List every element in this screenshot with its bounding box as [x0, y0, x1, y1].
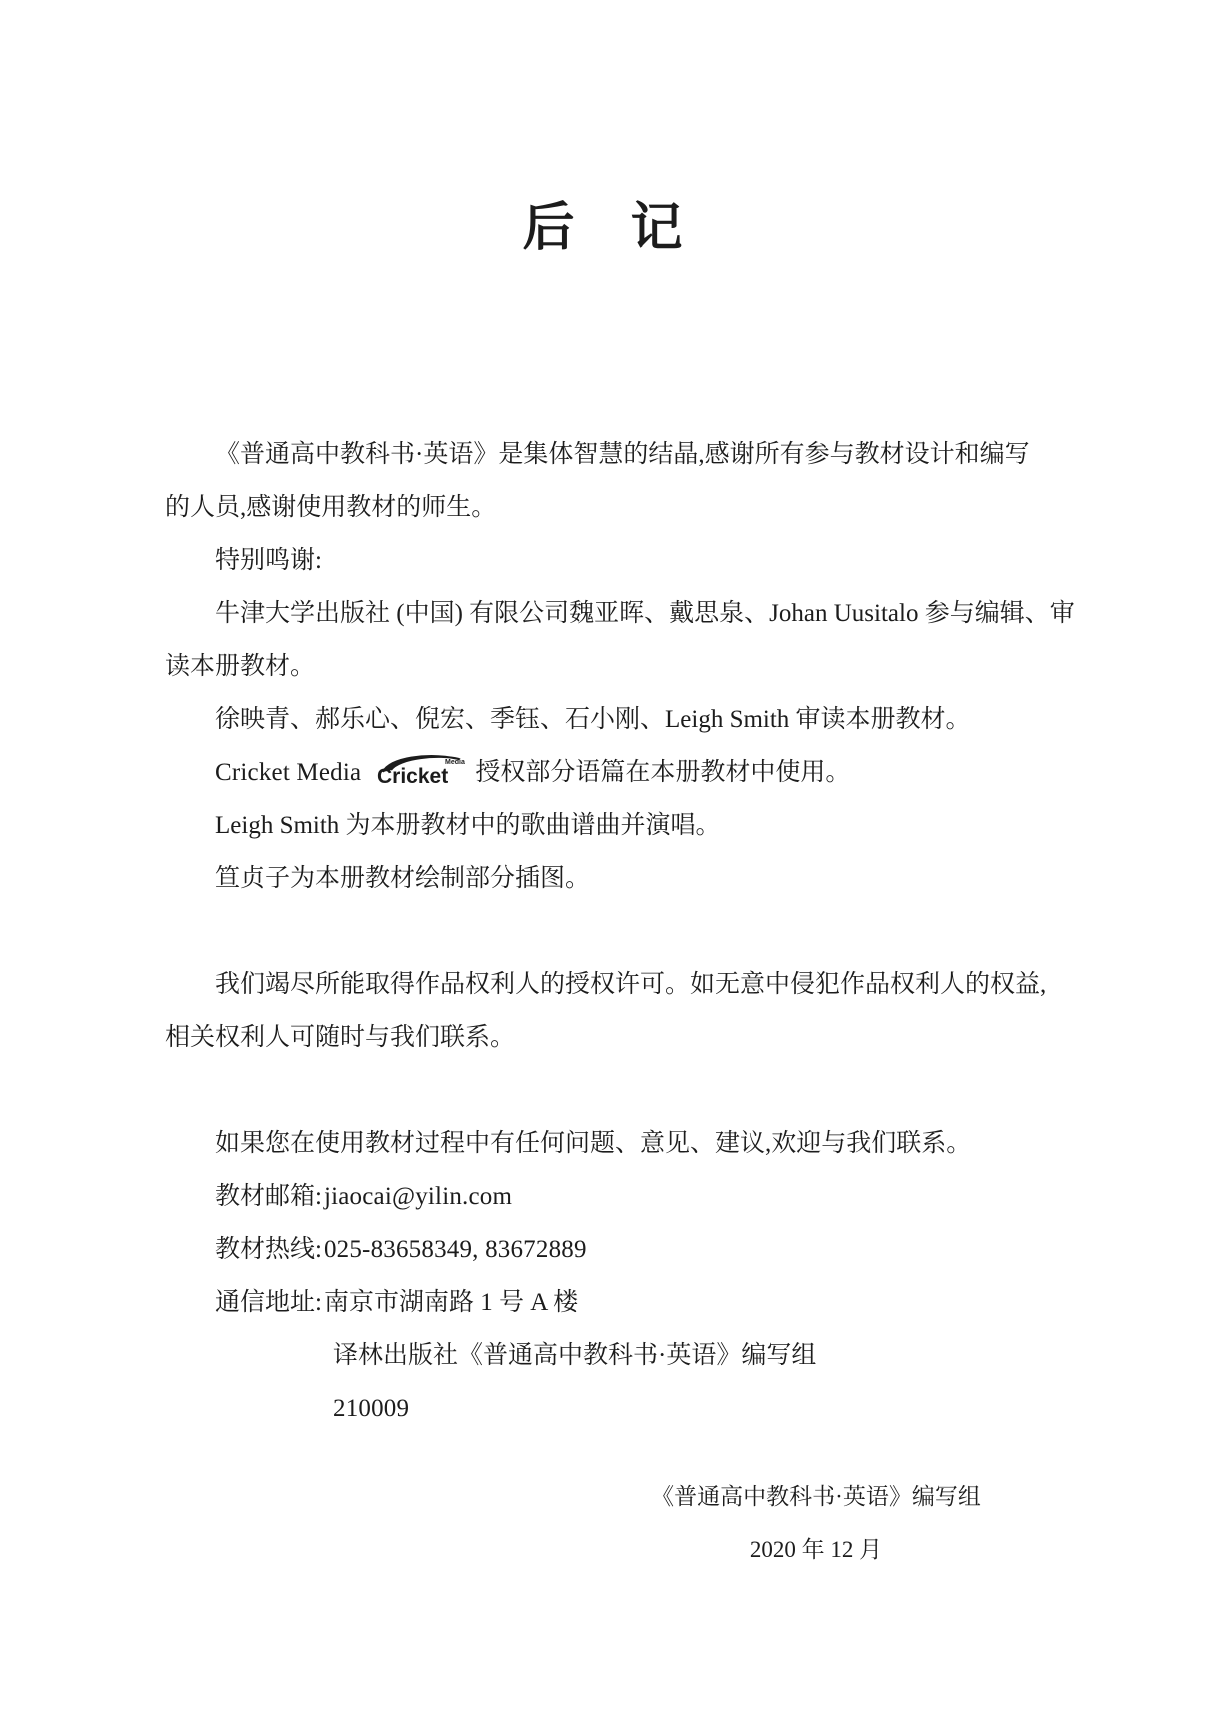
spacer	[165, 905, 1060, 958]
composer-credit-line: Leigh Smith 为本册教材中的歌曲谱曲并演唱。	[165, 799, 1060, 852]
page-title: 后 记	[0, 185, 1207, 260]
contact-intro-line: 如果您在使用教材过程中有任何问题、意见、建议,欢迎与我们联系。	[165, 1117, 1060, 1170]
email-label: 教材邮箱:	[215, 1183, 322, 1210]
contact-postcode-line: 210009	[165, 1382, 1060, 1435]
spacer	[165, 1064, 1060, 1117]
oxford-credit-line-2: 读本册教材。	[165, 640, 1060, 693]
address-label: 通信地址:	[215, 1289, 322, 1316]
afterword-page: 后 记 《普通高中教科书·英语》是集体智慧的结晶,感谢所有参与教材设计和编写 的…	[0, 0, 1207, 1717]
oxford-credit-line-1: 牛津大学出版社 (中国) 有限公司魏亚晖、戴思泉、Johan Uusitalo …	[165, 587, 1060, 640]
signature-block: 《普通高中教科书·英语》编写组 2020 年 12 月	[600, 1470, 1032, 1576]
rights-paragraph-line-2: 相关权利人可随时与我们联系。	[165, 1011, 1060, 1064]
cricket-logo-media-word: Media	[445, 759, 465, 766]
hotline-label: 教材热线:	[215, 1236, 322, 1263]
contact-address-org-line: 译林出版社《普通高中教科书·英语》编写组	[165, 1329, 1060, 1382]
cricket-media-logo-icon: Cricket Media	[369, 752, 469, 790]
hotline-value: 025-83658349, 83672889	[324, 1236, 587, 1263]
cricket-credit-line: Cricket Media Cricket Media 授权部分语篇在本册教材中…	[165, 746, 1060, 799]
contact-hotline-line: 教材热线:025-83658349, 83672889	[165, 1223, 1060, 1276]
illustrator-credit-line: 笪贞子为本册教材绘制部分插图。	[165, 852, 1060, 905]
rights-paragraph-line-1: 我们竭尽所能取得作品权利人的授权许可。如无意中侵犯作品权利人的权益,	[165, 958, 1060, 1011]
email-value: jiaocai@yilin.com	[324, 1183, 512, 1210]
signature-group-line: 《普通高中教科书·英语》编写组	[600, 1470, 1032, 1523]
address-value: 南京市湖南路 1 号 A 楼	[324, 1289, 578, 1316]
cricket-media-text: Cricket Media	[215, 759, 361, 786]
contact-address-line: 通信地址:南京市湖南路 1 号 A 楼	[165, 1276, 1060, 1329]
contact-email-line: 教材邮箱:jiaocai@yilin.com	[165, 1170, 1060, 1223]
cricket-credit-text: 授权部分语篇在本册教材中使用。	[475, 759, 850, 786]
signature-date-line: 2020 年 12 月	[600, 1523, 1032, 1576]
paragraph-intro-line-2: 的人员,感谢使用教材的师生。	[165, 481, 1060, 534]
paragraph-intro-line-1: 《普通高中教科书·英语》是集体智慧的结晶,感谢所有参与教材设计和编写	[165, 428, 1060, 481]
reviewers-credit-line: 徐映青、郝乐心、倪宏、季钰、石小刚、Leigh Smith 审读本册教材。	[165, 693, 1060, 746]
special-thanks-heading: 特别鸣谢:	[165, 534, 1060, 587]
page-body: 《普通高中教科书·英语》是集体智慧的结晶,感谢所有参与教材设计和编写 的人员,感…	[165, 428, 1060, 1435]
cricket-logo-word: Cricket	[377, 765, 448, 788]
